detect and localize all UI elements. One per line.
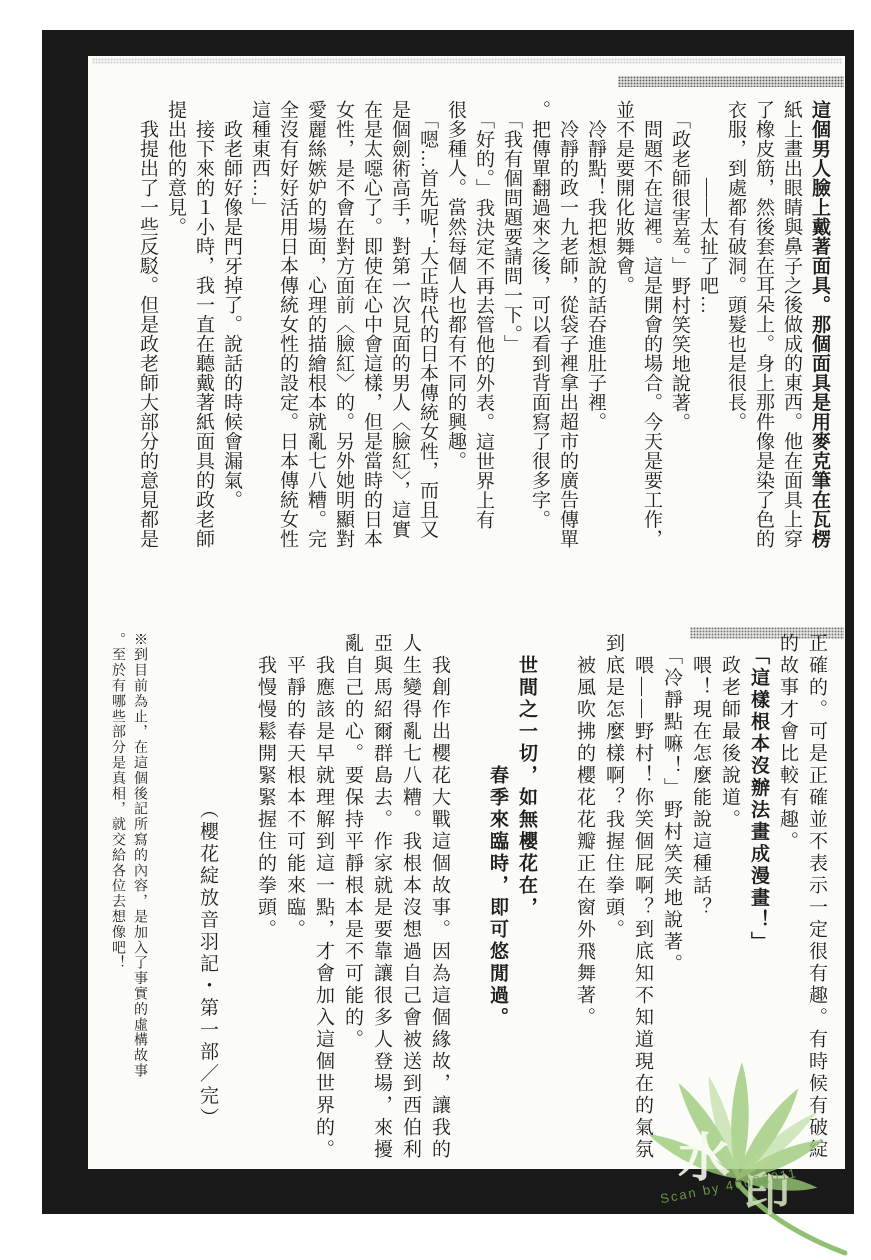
afterword-text-bottom: 正確的。可是正確並不表示一定很有趣。有時候有破綻的故事才會比較有趣。 「這樣根本… bbox=[193, 633, 831, 1171]
text-column: 了橡皮筋，然後套在耳朵上。身上那件像是染了色的 bbox=[749, 100, 777, 576]
text-column: 我創作出櫻花大戰這個故事。因為這個緣故，讓我的 bbox=[425, 633, 454, 1171]
text-column: 政老師好像是門牙掉了。說話的時候會漏氣。 bbox=[217, 100, 245, 576]
text-column: 被風吹拂的櫻花花瓣正在窗外飛舞著。 bbox=[570, 633, 599, 1171]
text-column: 在是太噁心了。即使在心中會這樣，但是當時的日本 bbox=[357, 100, 385, 576]
column-spacer bbox=[454, 633, 483, 1171]
text-column: 我應該是早就理解到這一點，才會加入這個世界的。 bbox=[309, 633, 338, 1171]
text-column: 世間之一切，如無櫻花在， bbox=[512, 633, 541, 1171]
text-column: 這種東西…」 bbox=[245, 100, 273, 576]
text-column: 的故事才會比較有趣。 bbox=[773, 633, 802, 1171]
text-column: 衣服，到處都有破洞。頭髮也是很長。 bbox=[721, 100, 749, 576]
text-column: 很多種人。當然每個人也都有不同的興趣。 bbox=[441, 100, 469, 576]
text-column: 「好的。」我決定不再去管他的外表。這世界上有 bbox=[469, 100, 497, 576]
text-column: 冷靜的政一九老師，從袋子裡拿出超市的廣告傳單 bbox=[553, 100, 581, 576]
text-column: 政老師最後說道。 bbox=[715, 633, 744, 1171]
text-column: 。把傳單翻過來之後，可以看到背面寫了很多字。 bbox=[525, 100, 553, 576]
text-column: 提出他的意見。 bbox=[161, 100, 189, 576]
text-column: 問題不在這裡。這是開會的場合。今天是要工作， bbox=[637, 100, 665, 576]
text-column: 「嗯…首先呢！大正時代的日本傳統女性，而且又 bbox=[413, 100, 441, 576]
text-column: 「冷靜點嘛！」野村笑笑地說著。 bbox=[657, 633, 686, 1171]
afterword-text-top: 這個男人臉上戴著面具。那個面具是用麥克筆在瓦楞紙上畫出眼睛與鼻子之後做成的東西。… bbox=[133, 100, 833, 576]
scan-artifact-strip bbox=[92, 58, 842, 64]
text-column: 我慢慢鬆開緊緊握住的拳頭。 bbox=[251, 633, 280, 1171]
text-column: 冷靜點！我把想說的話吞進肚子裡。 bbox=[581, 100, 609, 576]
text-column: 紙上畫出眼睛與鼻子之後做成的東西。他在面具上穿 bbox=[777, 100, 805, 576]
text-column: 正確的。可是正確並不表示一定很有趣。有時候有破綻 bbox=[802, 633, 831, 1171]
text-column: 到底是怎麼樣啊？我握住拳頭。 bbox=[599, 633, 628, 1171]
scan-artifact-strip bbox=[618, 76, 844, 87]
text-column: 全沒有好好活用日本傳統女性的設定。日本傳統女性 bbox=[273, 100, 301, 576]
text-column: 平靜的春天根本不可能來臨。 bbox=[280, 633, 309, 1171]
text-column: ——太扯了吧… bbox=[693, 100, 721, 576]
column-spacer bbox=[222, 633, 251, 1171]
text-column: 亞與馬紹爾群島去。作家就是要靠讓很多人登場，來擾 bbox=[367, 633, 396, 1171]
text-column: ※到目前為止，在這個後記所寫的內容，是加入了事實的虛構故事 bbox=[128, 632, 150, 1086]
text-column: 愛麗絲嫉妒的場面，心理的描繪根本就亂七八糟。完 bbox=[301, 100, 329, 576]
text-column: 是個劍術高手，對第一次見面的男人〈臉紅〉，這實 bbox=[385, 100, 413, 576]
text-column: （櫻花綻放音羽記・第一部／完） bbox=[193, 633, 222, 1171]
text-column: 「這樣根本沒辦法畫成漫畫！」 bbox=[744, 633, 773, 1171]
manga-afterword-page: 這個男人臉上戴著面具。那個面具是用麥克筆在瓦楞紙上畫出眼睛與鼻子之後做成的東西。… bbox=[0, 0, 871, 1260]
text-column: 我提出了一些反駁。但是政老師大部分的意見都是 bbox=[133, 100, 161, 576]
text-column: 亂自己的心。要保持平靜根本是不可能的。 bbox=[338, 633, 367, 1171]
text-column: 接下來的１小時，我一直在聽戴著紙面具的政老師 bbox=[189, 100, 217, 576]
text-column: 並不是要開化妝舞會。 bbox=[609, 100, 637, 576]
text-column: 「政老師很害羞。」野村笑笑地說著。 bbox=[665, 100, 693, 576]
text-column: 這個男人臉上戴著面具。那個面具是用麥克筆在瓦楞 bbox=[805, 100, 833, 576]
text-column: 喂——野村！你笑個屁啊？到底知不知道現在的氣氛 bbox=[628, 633, 657, 1171]
text-column: 「我有個問題要請問一下。」 bbox=[497, 100, 525, 576]
text-column: 喂！現在怎麼能說這種話？ bbox=[686, 633, 715, 1171]
text-column: 女性，是不會在對方面前〈臉紅〉的。另外她明顯對 bbox=[329, 100, 357, 576]
column-spacer bbox=[541, 633, 570, 1171]
text-column: 。至於有哪些部分是真相，就交給各位去想像吧！ bbox=[106, 632, 128, 1086]
afterword-footnote: ※到目前為止，在這個後記所寫的內容，是加入了事實的虛構故事。至於有哪些部分是真相… bbox=[106, 632, 150, 1086]
text-column: 春季來臨時，即可悠閒過。 bbox=[483, 633, 512, 1171]
text-column: 人生變得亂七八糟。我根本沒想過自己會被送到西伯利 bbox=[396, 633, 425, 1171]
